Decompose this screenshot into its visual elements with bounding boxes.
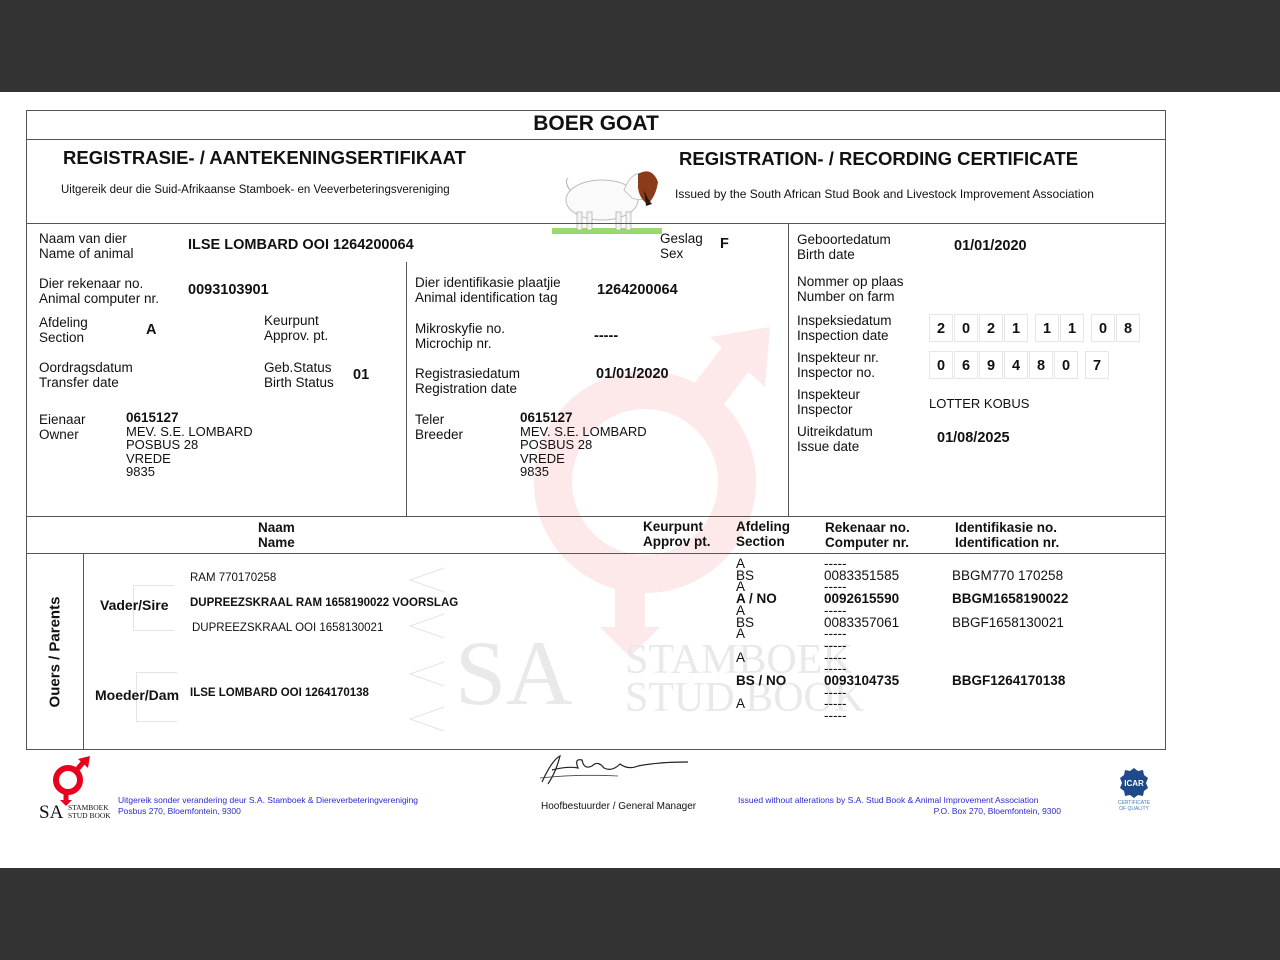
label-af: Eienaar: [39, 412, 86, 427]
farm-number-label: Nommer op plaas Number on farm: [797, 274, 904, 304]
breeder-label: Teler Breeder: [415, 412, 463, 442]
dam-name: ILSE LOMBARD OOI 1264170138: [190, 687, 369, 699]
label-af: Registrasiedatum: [415, 366, 520, 381]
footer-right-text: Issued without alterations by S.A. Stud …: [738, 795, 1061, 817]
label-af: Dier identifikasie plaatjie: [415, 275, 561, 290]
digit-box: 4: [1004, 351, 1028, 379]
label-af: Keurpunt: [264, 313, 328, 328]
header-computer: Rekenaar no. Computer nr.: [825, 520, 910, 550]
inspection-date-label: Inspeksiedatum Inspection date: [797, 313, 892, 343]
title-afrikaans: REGISTRASIE- / AANTEKENINGSERTIFIKAAT: [63, 147, 466, 169]
digit-box: 0: [1054, 351, 1078, 379]
label-en: Inspector no.: [797, 365, 879, 380]
label-en: Registration date: [415, 381, 520, 396]
breeder-details: 0615127 MEV. S.E. LOMBARD POSBUS 28 VRED…: [520, 411, 647, 479]
digit-box: 7: [1085, 351, 1109, 379]
label-af: Inspekteur nr.: [797, 350, 879, 365]
footer-right-line1: Issued without alterations by S.A. Stud …: [738, 795, 1061, 806]
icar-line2: OF QUALITY: [1115, 806, 1153, 812]
label-af: Oordragsdatum: [39, 360, 133, 375]
section-value: A: [146, 322, 156, 338]
label-en: Number on farm: [797, 289, 904, 304]
breeder-name: MEV. S.E. LOMBARD: [520, 425, 647, 439]
label-en: Animal identification tag: [415, 290, 561, 305]
divider: [406, 262, 407, 516]
pedigree-section-cell: A: [736, 698, 745, 710]
digit-box: 0: [929, 351, 953, 379]
label-en: Sex: [660, 246, 703, 261]
header-af: Afdeling: [736, 519, 790, 534]
divider: [26, 553, 1166, 554]
dam-label: Moeder/Dam: [95, 687, 179, 703]
pedigree-ident-cell: BBGF1264170138: [952, 675, 1065, 687]
owner-name: MEV. S.E. LOMBARD: [126, 425, 253, 439]
digit-box: 0: [954, 314, 978, 342]
pedigree-chevron-icon: [408, 566, 446, 594]
digit-box: 2: [979, 314, 1003, 342]
pedigree-chevron-icon: [408, 705, 446, 733]
section-label: Afdeling Section: [39, 315, 88, 345]
label-en: Inspector: [797, 402, 860, 417]
owner-label: Eienaar Owner: [39, 412, 86, 442]
footer-left-line1: Uitgereik sonder verandering deur S.A. S…: [118, 795, 418, 806]
header-en: Computer nr.: [825, 535, 910, 550]
id-tag-label: Dier identifikasie plaatjie Animal ident…: [415, 275, 561, 305]
pedigree-chevron-icon: [408, 660, 446, 688]
inspector-value: LOTTER KOBUS: [929, 396, 1029, 411]
id-tag-value: 1264200064: [597, 282, 678, 298]
label-af: Inspekteur: [797, 387, 860, 402]
parents-side-label: Ouers / Parents: [47, 597, 64, 708]
icar-caption: CERTIFICATE OF QUALITY: [1115, 800, 1153, 812]
footer-left-line2: Posbus 270, Bloemfontein, 9300: [118, 806, 418, 817]
label-en: Inspection date: [797, 328, 892, 343]
divider: [26, 139, 1166, 140]
boer-goat-illustration-icon: [552, 160, 682, 240]
signature-icon: [538, 752, 698, 788]
computer-nr-value: 0093103901: [188, 282, 269, 298]
sa-studbook-logo-icon: [48, 756, 92, 806]
digit-box: 1: [1060, 314, 1084, 342]
subtitle-english: Issued by the South African Stud Book an…: [675, 187, 1094, 201]
owner-postcode: 9835: [126, 465, 253, 479]
registration-date-value: 01/01/2020: [596, 366, 669, 382]
header-en: Identification nr.: [955, 535, 1059, 550]
pedigree-section-cell: A: [736, 652, 745, 664]
label-af: Teler: [415, 412, 463, 427]
birth-status-label: Geb.Status Birth Status: [264, 360, 334, 390]
approv-pt-label: Keurpunt Approv. pt.: [264, 313, 328, 343]
label-af: Mikroskyfie no.: [415, 321, 505, 336]
label-en: Owner: [39, 427, 86, 442]
header-af: Naam: [258, 520, 295, 535]
label-af: Dier rekenaar no.: [39, 276, 159, 291]
footer-logo-sa: SA: [39, 804, 63, 822]
label-en: Breeder: [415, 427, 463, 442]
breeder-address1: POSBUS 28: [520, 438, 647, 452]
computer-nr-label: Dier rekenaar no. Animal computer nr.: [39, 276, 159, 306]
pedigree-ident-cell: BBGM1658190022: [952, 593, 1068, 605]
header-en: Section: [736, 534, 790, 549]
birth-date-value: 01/01/2020: [954, 238, 1027, 254]
divider: [26, 223, 1166, 224]
label-en: Section: [39, 330, 88, 345]
digit-box: 2: [929, 314, 953, 342]
label-af: Geboortedatum: [797, 232, 891, 247]
sex-label: Geslag Sex: [660, 231, 703, 261]
owner-number: 0615127: [126, 411, 253, 425]
header-ident: Identifikasie no. Identification nr.: [955, 520, 1059, 550]
digit-box: 8: [1029, 351, 1053, 379]
label-en: Birth Status: [264, 375, 334, 390]
label-af: Uitreikdatum: [797, 424, 873, 439]
label-en: Approv. pt.: [264, 328, 328, 343]
sire-label: Vader/Sire: [100, 597, 169, 613]
footer-left-text: Uitgereik sonder verandering deur S.A. S…: [118, 795, 418, 817]
divider: [26, 516, 1166, 517]
label-en: Birth date: [797, 247, 891, 262]
birth-status-value: 01: [353, 367, 369, 383]
svg-text:ICAR: ICAR: [1124, 779, 1144, 788]
logo-line2: STUD BOOK: [68, 812, 111, 820]
header-section: Afdeling Section: [736, 519, 790, 549]
label-en: Name of animal: [39, 246, 134, 261]
issue-date-value: 01/08/2025: [937, 430, 1010, 446]
breeder-postcode: 9835: [520, 465, 647, 479]
pedigree-section-cell: A: [736, 628, 745, 640]
label-af: Geb.Status: [264, 360, 334, 375]
divider: [788, 223, 789, 516]
signature-title: Hoofbestuurder / General Manager: [541, 801, 696, 812]
issue-date-label: Uitreikdatum Issue date: [797, 424, 873, 454]
header-en: Approv pt.: [643, 534, 711, 549]
title-english: REGISTRATION- / RECORDING CERTIFICATE: [679, 148, 1078, 170]
owner-address2: VREDE: [126, 452, 253, 466]
owner-details: 0615127 MEV. S.E. LOMBARD POSBUS 28 VRED…: [126, 411, 253, 479]
sex-value: F: [720, 236, 729, 252]
digit-box: 8: [1116, 314, 1140, 342]
label-en: Transfer date: [39, 375, 133, 390]
label-en: Animal computer nr.: [39, 291, 159, 306]
owner-address1: POSBUS 28: [126, 438, 253, 452]
subtitle-afrikaans: Uitgereik deur die Suid-Afrikaanse Stamb…: [61, 184, 450, 196]
header-name: Naam Name: [258, 520, 295, 550]
footer-logo-text: STAMBOEK STUD BOOK: [68, 804, 111, 820]
certificate-page: SA STAMBOEK STUD BOOK BOER GOAT REGISTRA…: [0, 92, 1280, 868]
pedigree-ident-cell: BBGF1658130021: [952, 617, 1064, 629]
digit-box: 0: [1091, 314, 1115, 342]
pedigree-computer-cell: -----: [824, 710, 846, 722]
label-en: Microchip nr.: [415, 336, 505, 351]
pedigree-section-cell: BS / NO: [736, 675, 786, 687]
breeder-address2: VREDE: [520, 452, 647, 466]
header-af: Rekenaar no.: [825, 520, 910, 535]
breeder-number: 0615127: [520, 411, 647, 425]
label-af: Naam van dier: [39, 231, 134, 246]
label-af: Geslag: [660, 231, 703, 246]
transfer-date-label: Oordragsdatum Transfer date: [39, 360, 133, 390]
inspector-nr-label: Inspekteur nr. Inspector no.: [797, 350, 879, 380]
sire-sire-name: RAM 770170258: [190, 572, 276, 584]
header-af: Keurpunt: [643, 519, 711, 534]
label-af: Afdeling: [39, 315, 88, 330]
animal-name-value: ILSE LOMBARD OOI 1264200064: [188, 237, 414, 253]
pedigree-ident-cell: BBGM770 170258: [952, 570, 1063, 582]
header-af: Identifikasie no.: [955, 520, 1059, 535]
birth-date-label: Geboortedatum Birth date: [797, 232, 891, 262]
animal-name-label: Naam van dier Name of animal: [39, 231, 134, 261]
microchip-label: Mikroskyfie no. Microchip nr.: [415, 321, 505, 351]
pedigree-chevron-icon: [408, 612, 446, 640]
digit-box: 6: [954, 351, 978, 379]
inspector-label: Inspekteur Inspector: [797, 387, 860, 417]
divider: [83, 553, 84, 750]
digit-box: 9: [979, 351, 1003, 379]
icar-badge-icon: ICAR: [1119, 768, 1149, 798]
label-af: Nommer op plaas: [797, 274, 904, 289]
microchip-value: -----: [594, 328, 618, 344]
footer-right-line2: P.O. Box 270, Bloemfontein, 9300: [738, 806, 1061, 817]
header-en: Name: [258, 535, 295, 550]
sire-name: DUPREEZSKRAAL RAM 1658190022 VOORSLAG: [190, 597, 458, 609]
label-en: Issue date: [797, 439, 873, 454]
digit-box: 1: [1004, 314, 1028, 342]
sire-dam-name: DUPREEZSKRAAL OOI 1658130021: [192, 622, 383, 634]
label-af: Inspeksiedatum: [797, 313, 892, 328]
digit-box: 1: [1035, 314, 1059, 342]
header-approv: Keurpunt Approv pt.: [643, 519, 711, 549]
registration-date-label: Registrasiedatum Registration date: [415, 366, 520, 396]
breed-title: BOER GOAT: [26, 110, 1166, 138]
